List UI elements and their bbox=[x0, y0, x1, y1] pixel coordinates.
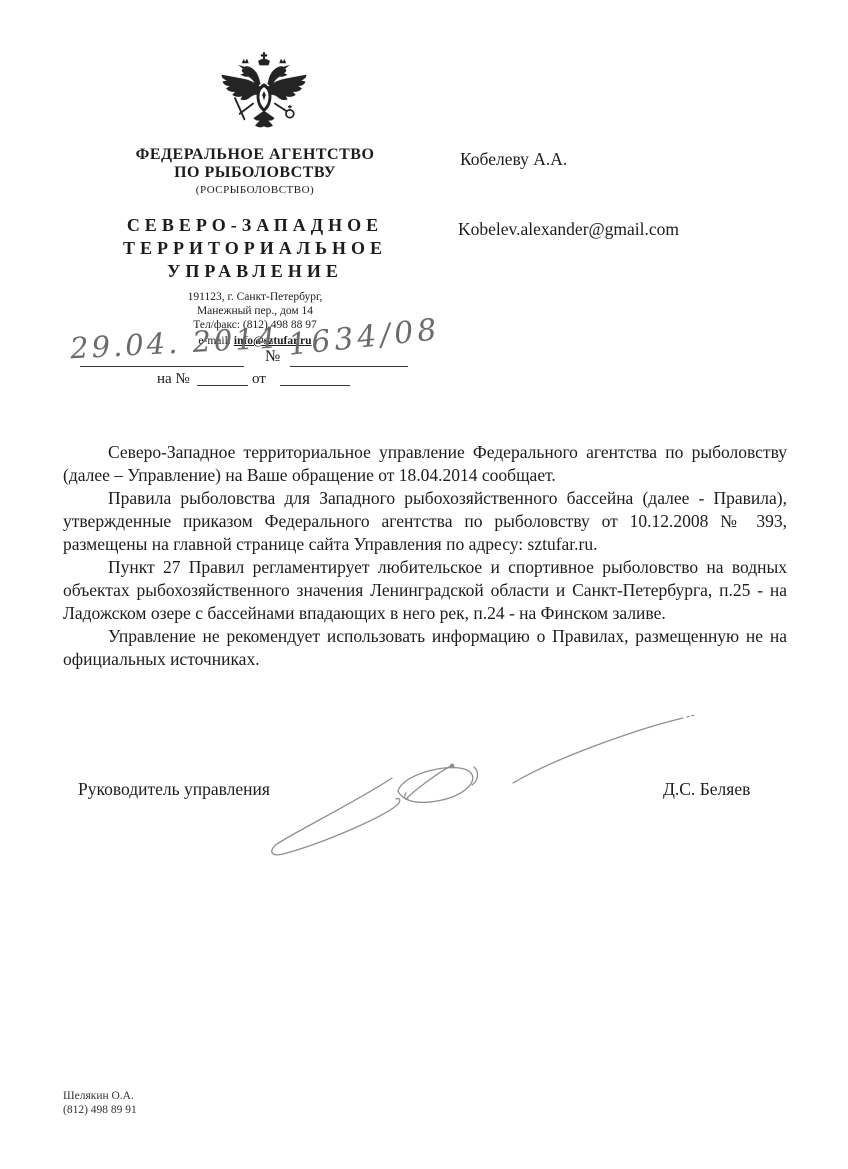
reply-date-underline bbox=[280, 385, 350, 386]
agency-short-name: (РОСРЫБОЛОВСТВО) bbox=[85, 184, 425, 197]
reply-number-underline bbox=[197, 385, 248, 386]
recipient-email: Kobelev.alexander@gmail.com bbox=[458, 219, 679, 240]
reply-number-label: на № bbox=[157, 371, 190, 388]
address-line1: 191123, г. Санкт-Петербург, bbox=[85, 290, 425, 304]
executor-name: Шелякин О.А. bbox=[63, 1089, 137, 1103]
number-sign-label: № bbox=[265, 348, 280, 366]
letterhead: ФЕДЕРАЛЬНОЕ АГЕНТСТВО ПО РЫБОЛОВСТВУ (РО… bbox=[85, 146, 425, 347]
letter-body: Северо-Западное территориальное управлен… bbox=[63, 441, 787, 671]
coat-of-arms-eagle-icon bbox=[217, 50, 311, 140]
scanned-letter-page: ФЕДЕРАЛЬНОЕ АГЕНТСТВО ПО РЫБОЛОВСТВУ (РО… bbox=[0, 0, 848, 1169]
number-underline bbox=[290, 366, 408, 367]
signatory-title: Руководитель управления bbox=[78, 779, 270, 800]
body-paragraph-1: Северо-Западное территориальное управлен… bbox=[63, 441, 787, 487]
body-paragraph-4: Управление не рекомендует использовать и… bbox=[63, 625, 787, 671]
signature-ink-blob bbox=[450, 764, 455, 769]
body-paragraph-2: Правила рыболовства для Западного рыбохо… bbox=[63, 487, 787, 556]
executor-block: Шелякин О.А. (812) 498 89 91 bbox=[63, 1089, 137, 1117]
address-line2: Манежный пер., дом 14 bbox=[85, 304, 425, 318]
body-paragraph-3: Пункт 27 Правил регламентирует любительс… bbox=[63, 556, 787, 625]
executor-phone: (812) 498 89 91 bbox=[63, 1103, 137, 1117]
agency-name-line1: ФЕДЕРАЛЬНОЕ АГЕНТСТВО bbox=[85, 146, 425, 164]
handwritten-signature bbox=[255, 710, 715, 860]
division-name-line2: ТЕРРИТОРИАЛЬНОЕ bbox=[85, 237, 425, 260]
recipient-name: Кобелеву А.А. bbox=[460, 149, 567, 170]
signatory-name: Д.С. Беляев bbox=[663, 779, 750, 800]
reply-date-label: от bbox=[252, 371, 266, 388]
division-name-line3: УПРАВЛЕНИЕ bbox=[85, 260, 425, 283]
division-name-line1: СЕВЕРО-ЗАПАДНОЕ bbox=[85, 214, 425, 237]
agency-name-line2: ПО РЫБОЛОВСТВУ bbox=[85, 164, 425, 182]
date-underline bbox=[80, 366, 244, 367]
